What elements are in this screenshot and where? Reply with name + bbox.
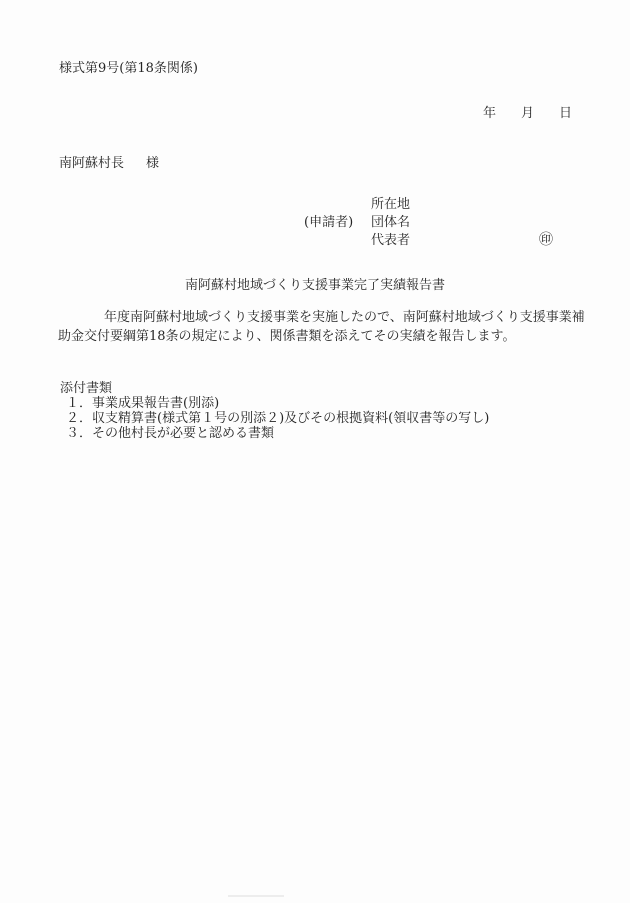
body-paragraph-line-2: 助金交付要綱第18条の規定により、関係書類を添えてその実績を報告します。 — [58, 330, 516, 343]
attachments-heading: 添付書類 — [60, 382, 112, 395]
applicant-field-organization: 団体名 — [371, 216, 410, 229]
body-paragraph-line-1: 年度南阿蘇村地域づくり支援事業を実施したので、南阿蘇村地域づくり支援事業補 — [104, 311, 585, 324]
addressee-honorific: 様 — [146, 157, 159, 170]
seal-mark-icon: ㊞ — [539, 233, 553, 247]
document-page: 様式第9号(第18条関係) 年 月 日 南阿蘇村長 様 (申請者) 所在地 団体… — [0, 0, 630, 903]
form-number: 様式第9号(第18条関係) — [59, 62, 198, 75]
page-edge-mark — [228, 895, 284, 897]
date-line: 年 月 日 — [483, 107, 572, 120]
addressee-name: 南阿蘇村長 — [59, 157, 124, 170]
applicant-field-representative: 代表者 — [371, 234, 410, 247]
attachment-item: ３．その他村長が必要と認める書類 — [66, 427, 274, 440]
date-month-label: 月 — [521, 107, 534, 120]
applicant-field-address: 所在地 — [371, 198, 410, 211]
date-day-label: 日 — [559, 107, 572, 120]
addressee-line: 南阿蘇村長 様 — [59, 157, 159, 170]
document-title: 南阿蘇村地域づくり支援事業完了実績報告書 — [0, 279, 630, 292]
attachment-item: １．事業成果報告書(別添) — [66, 397, 219, 410]
date-year-label: 年 — [483, 107, 496, 120]
attachment-item: ２．収支精算書(様式第１号の別添２)及びその根拠資料(領収書等の写し) — [66, 412, 489, 425]
applicant-label: (申請者) — [304, 216, 353, 229]
